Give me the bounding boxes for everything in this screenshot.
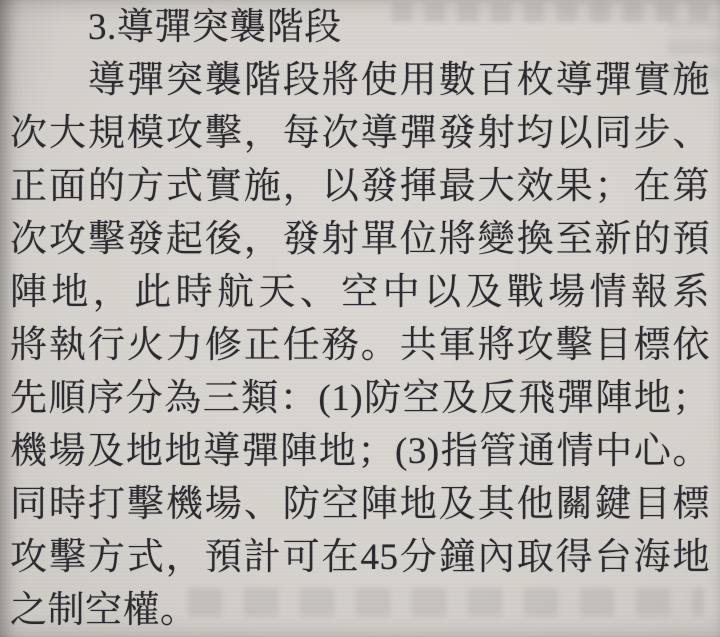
text-line: 將執行火力修正任務。共軍將攻擊目標依優 [10,319,710,372]
text-line: 次攻擊發起後，發射單位將變換至新的預置 [10,213,710,266]
scanned-page: 3.導彈突襲階段 導彈突襲階段將使用數百枚導彈實施多 次大規模攻擊，每次導彈發射… [0,0,720,637]
text-line: 同時打擊機場、防空陣地及其他關鍵目標的 [10,478,710,531]
section-heading: 3.導彈突襲階段 [88,1,710,54]
text-line: 導彈突襲階段將使用數百枚導彈實施多 [88,54,710,107]
text-line: 先順序分為三類：(1)防空及反飛彈陣地；(2) [10,372,710,425]
text-line: 攻擊方式，預計可在45分鐘內取得台海地區 [10,531,710,584]
text-line: 正面的方式實施，以發揮最大效果；在第一 [10,160,710,213]
text-line: 次大規模攻擊，每次導彈發射均以同步、廣 [10,107,710,160]
page-text-column: 3.導彈突襲階段 導彈突襲階段將使用數百枚導彈實施多 次大規模攻擊，每次導彈發射… [10,1,710,637]
text-line: 之制空權。 [10,584,710,637]
text-line: 機場及地地導彈陣地；(3)指管通情中心。藉 [10,425,710,478]
text-line: 陣地，此時航天、空中以及戰場情報系統， [10,266,710,319]
